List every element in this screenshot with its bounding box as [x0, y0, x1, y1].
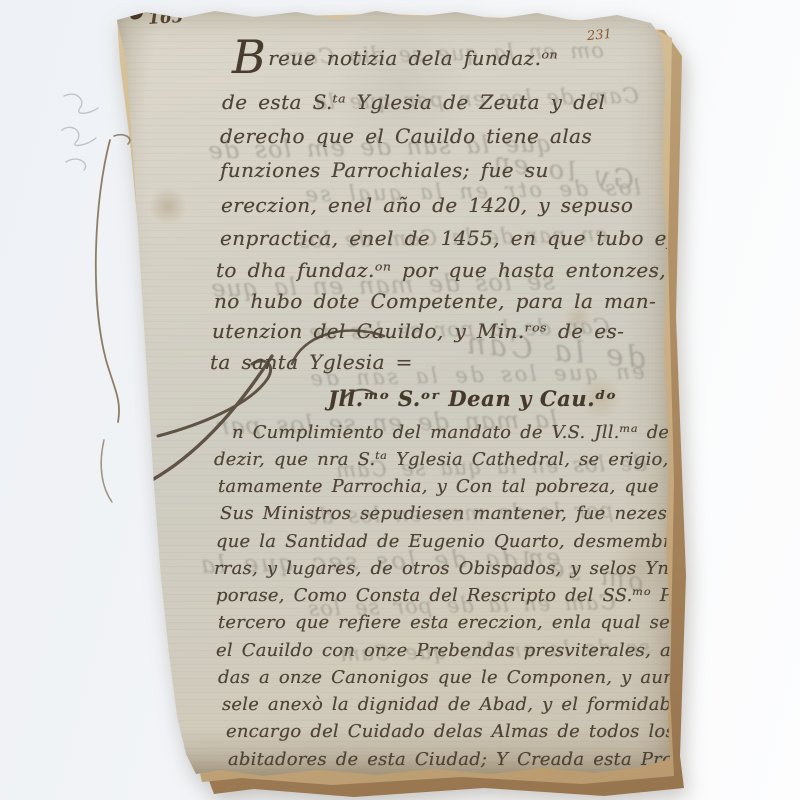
- heading-text: reue notizia dela fundaz.ᵒⁿ: [268, 46, 558, 70]
- body-line: rras, y lugares, de otros Obispados, y s…: [214, 558, 706, 579]
- drop-cap-b: B: [232, 30, 266, 84]
- heading-line: to dha fundaz.ᵒⁿ por que hasta entonzes,: [216, 258, 666, 282]
- heading-line: funziones Parrochiales; fue su: [220, 158, 549, 182]
- heading-line: Breue notizia dela fundaz.ᵒⁿ: [232, 46, 558, 70]
- body-line: Sus Ministros sepudiesen mantener, fue n…: [220, 503, 704, 524]
- body-line: el Cauildo con onze Prebendas presvitera…: [216, 640, 722, 661]
- body-line: n Cumplimiento del mandato de V.S. Jll.ᵐ…: [232, 422, 692, 443]
- heading-line: derecho que el Cauildo tiene alas: [220, 124, 592, 148]
- body-line: que la Santidad de Eugenio Quarto, desme…: [216, 531, 742, 552]
- manuscript-page: om en la que se dio Cam Cam de los en pa…: [100, 6, 675, 778]
- heading-line: enpractica, enel de 1455, en que tubo ef…: [220, 226, 706, 250]
- heading-line: no hubo dote Competente, para la man-: [214, 289, 656, 313]
- body-line: das a onze Canonigos que le Componen, y …: [218, 667, 772, 688]
- heading-line: de esta S.ᵗᵃ Yglesia de Zeuta y del: [222, 90, 605, 114]
- body-line: tercero que refiere esta ereczion, enla …: [218, 612, 715, 633]
- body-line: tamamente Parrochia, y Con tal pobreza, …: [218, 476, 737, 497]
- ink-blot: [129, 8, 144, 21]
- salutation-line: Jll.ᵐᵒ S.ᵒʳ Dean y Cau.ᵈᵒ: [328, 386, 617, 411]
- heading-line: ta santa Yglesia =: [210, 350, 413, 374]
- body-line: dezir, que nra S.ᵗᵃ Yglesia Cathedral, s…: [214, 449, 715, 470]
- binding-thread: [84, 130, 144, 510]
- folio-number-left: 165: [148, 7, 184, 29]
- ink-text-layer: 165 231 Breue notizia dela fundaz.ᵒⁿ de …: [100, 6, 675, 778]
- heading-line: ereczion, enel año de 1420, y sepuso: [221, 193, 633, 217]
- body-line: encargo del Cuidado delas Almas de todos…: [226, 721, 675, 742]
- folio-number-right: 231: [586, 27, 612, 44]
- photo-background: om en la que se dio Cam Cam de los en pa…: [0, 0, 800, 800]
- body-line: sele anexò la dignidad de Abad, y el for…: [222, 694, 688, 715]
- heading-line: utenzion del Cauildo, y Min.ʳᵒˢ de es-: [212, 319, 624, 343]
